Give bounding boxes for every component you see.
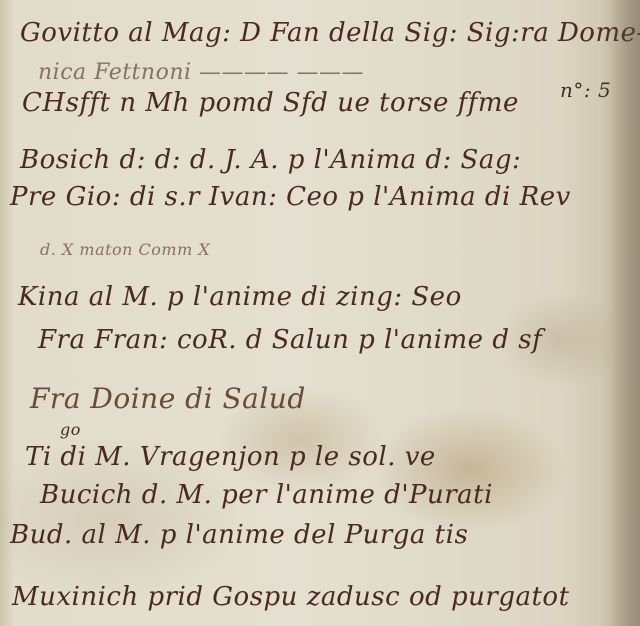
manuscript-line: Bosich d: d: d. J. A. p l'Anima d: Sag: [20, 145, 521, 175]
manuscript-line: Fra Doine di Salud [30, 382, 306, 415]
manuscript-line: Kina al M. p l'anime di zing: Seo [18, 282, 462, 312]
manuscript-line: Pre Gio: di s.r Ivan: Ceo p l'Anima di R… [10, 182, 571, 212]
manuscript-line: go [60, 420, 81, 439]
manuscript-line: d. X maton Comm X [40, 240, 210, 259]
manuscript-line: Bud. al M. p l'anime del Purga tis [10, 520, 468, 550]
manuscript-line: Govitto al Mag: D Fan della Sig: Sig:ra … [20, 18, 640, 48]
page-edge-shadow [600, 0, 640, 626]
manuscript-line: Ti di M. Vragenjon p le sol. ve [25, 442, 436, 472]
manuscript-line: Fra Fran: coR. d Salun p l'anime d sf [38, 325, 542, 355]
manuscript-line: nica Fettnoni ———— ——— [38, 60, 364, 85]
manuscript-line: CHsfft n Mh pomd Sfd ue torse ffme [22, 88, 519, 118]
manuscript-line: Muxinich prid Gospu zadusc od purgatot [12, 582, 570, 612]
manuscript-page: Govitto al Mag: D Fan della Sig: Sig:ra … [0, 0, 640, 626]
manuscript-line: Bucich d. M. per l'anime d'Purati [40, 480, 493, 510]
